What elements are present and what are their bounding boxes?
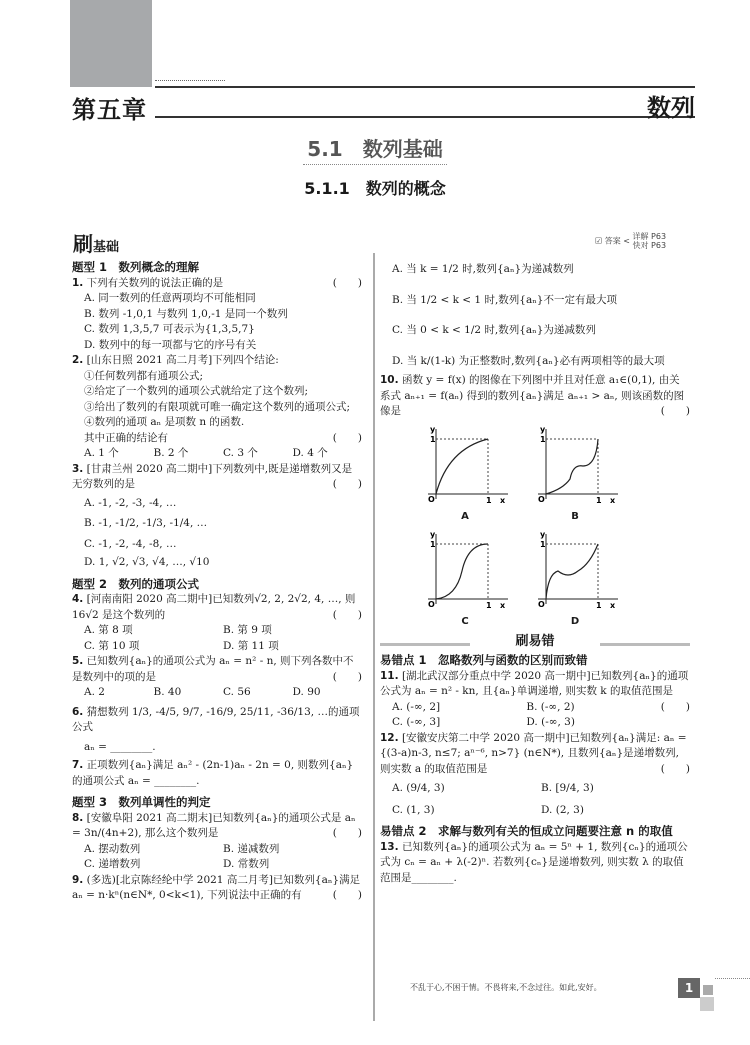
answer-quick: 快对 P63 xyxy=(633,241,667,250)
question-10: 10. 函数 y = f(x) 的图像在下列图中并且对任意 a₁∈(0,1), … xyxy=(380,373,690,630)
practice-small-text: 基础 xyxy=(93,240,119,255)
option: B. 2 个 xyxy=(154,446,224,462)
graph-d-plot: O11xy xyxy=(528,529,623,609)
question-number: 8. xyxy=(72,812,83,824)
svg-text:x: x xyxy=(500,496,506,504)
svg-text:y: y xyxy=(540,530,546,539)
svg-text:O: O xyxy=(538,600,545,609)
svg-text:y: y xyxy=(540,425,546,434)
option: D. 当 k/(1-k) 为正整数时,数列{aₙ}必有两项相等的最大项 xyxy=(380,354,690,370)
decorative-square xyxy=(703,985,713,995)
question-7: 7. 正项数列{aₙ}满足 aₙ² - (2n-1)aₙ - 2n = 0, 则… xyxy=(72,758,362,789)
question-number: 11. xyxy=(380,670,399,682)
option: B. 40 xyxy=(154,685,224,701)
question-stem: 下列有关数列的说法正确的是 xyxy=(87,277,224,289)
svg-text:1: 1 xyxy=(540,435,546,444)
svg-text:x: x xyxy=(610,496,616,504)
graph-a[interactable]: O11xy A xyxy=(410,424,520,525)
answer-blank[interactable]: ( ) xyxy=(333,826,362,842)
option: B. 递减数列 xyxy=(223,842,362,858)
svg-text:1: 1 xyxy=(596,601,602,609)
option: A. (-∞, 2] xyxy=(392,700,526,716)
option: C. 第 10 项 xyxy=(84,639,223,655)
question-3: 3. [甘肃兰州 2020 高二期中]下列数列中,既是递增数列又是无穷数列的是 … xyxy=(72,462,362,571)
subsection-title: 5.1.1 数列的概念 xyxy=(0,176,750,199)
practice-basic-label: 刷基础 xyxy=(73,228,119,257)
question-number: 12. xyxy=(380,732,399,744)
option: A. -1, -2, -3, -4, … xyxy=(72,496,362,512)
question-11: 11. [湖北武汉部分重点中学 2020 高一期中]已知数列{aₙ}的通项公式为… xyxy=(380,669,690,731)
question-stem: 已知数列{aₙ}的通项公式为 aₙ = 5ⁿ + 1, 数列{cₙ}的通项公式为… xyxy=(380,841,688,884)
option: B. 数列 -1,0,1 与数列 1,0,-1 是同一个数列 xyxy=(72,307,362,323)
svg-text:y: y xyxy=(430,530,436,539)
question-number: 2. xyxy=(72,354,83,366)
graph-c-plot: O11xy xyxy=(418,529,513,609)
option: B. (-∞, 2) xyxy=(526,700,660,716)
question-stem: 函数 y = f(x) 的图像在下列图中并且对任意 a₁∈(0,1), 由关系式… xyxy=(380,374,684,417)
svg-text:1: 1 xyxy=(486,496,492,504)
question-type-heading: 题型 1 数列概念的理解 xyxy=(72,260,362,276)
section-error-prone: 刷易错 xyxy=(380,634,690,650)
error-point-heading: 易错点 2 求解与数列有关的恒成立问题要注意 n 的取值 xyxy=(380,824,690,840)
question-stem: [甘肃兰州 2020 高二期中]下列数列中,既是递增数列又是无穷数列的是 xyxy=(72,463,352,491)
option: D. (-∞, 3) xyxy=(526,715,660,731)
question-5: 5. 已知数列{aₙ}的通项公式为 aₙ = n² - n, 则下列各数中不是数… xyxy=(72,654,362,701)
svg-text:x: x xyxy=(500,601,506,609)
decorative-square xyxy=(700,997,714,1011)
option: B. [9/4, 3) xyxy=(541,781,690,797)
graph-label: C xyxy=(410,614,520,630)
svg-text:1: 1 xyxy=(486,601,492,609)
header-rule-top xyxy=(155,86,695,88)
question-stem: [湖北武汉部分重点中学 2020 高一期中]已知数列{aₙ}的通项公式为 aₙ … xyxy=(380,670,688,698)
dotted-divider xyxy=(155,80,225,81)
svg-text:1: 1 xyxy=(540,540,546,549)
question-13: 13. 已知数列{aₙ}的通项公式为 aₙ = 5ⁿ + 1, 数列{cₙ}的通… xyxy=(380,840,690,887)
question-stem: (多选)[北京陈经纶中学 2021 高二月考]已知数列{aₙ}满足 aₙ = n… xyxy=(72,874,360,902)
option: C. 数列 1,3,5,7 可表示为{1,3,5,7} xyxy=(72,322,362,338)
option: B. -1, -1/2, -1/3, -1/4, … xyxy=(72,516,362,532)
chapter-topic: 数列 xyxy=(647,88,695,123)
question-number: 13. xyxy=(380,841,399,853)
fill-blank[interactable]: aₙ = ________. xyxy=(72,740,362,756)
question-number: 6. xyxy=(72,706,83,718)
option: D. 4 个 xyxy=(293,446,363,462)
option: D. 1, √2, √3, √4, …, √10 xyxy=(72,555,362,571)
graph-c[interactable]: O11xy C xyxy=(410,529,520,630)
question-stem: 正项数列{aₙ}满足 aₙ² - (2n-1)aₙ - 2n = 0, 则数列{… xyxy=(72,759,353,787)
graph-label: B xyxy=(520,509,630,525)
section-title: 5.1 数列基础 xyxy=(0,133,750,162)
option: B. 第 9 项 xyxy=(223,623,362,639)
option: C. (1, 3) xyxy=(392,803,541,819)
option: C. 56 xyxy=(223,685,293,701)
graph-b[interactable]: O11xy B xyxy=(520,424,630,525)
option: D. 数列中的每一项都与它的序号有关 xyxy=(72,338,362,354)
answer-blank[interactable]: ( ) xyxy=(661,700,690,716)
question-number: 9. xyxy=(72,874,83,886)
option: D. 90 xyxy=(293,685,363,701)
question-9: 9. (多选)[北京陈经纶中学 2021 高二月考]已知数列{aₙ}满足 aₙ … xyxy=(72,873,362,904)
graph-label: D xyxy=(520,614,630,630)
option: C. (-∞, 3] xyxy=(392,715,526,731)
question-6: 6. 猜想数列 1/3, -4/5, 9/7, -16/9, 25/11, -3… xyxy=(72,705,362,756)
question-1: 1. 下列有关数列的说法正确的是 ( ) A. 同一数列的任意两项均不可能相同 … xyxy=(72,276,362,354)
question-stem: [山东日照 2021 高二月考]下列四个结论: xyxy=(87,354,279,366)
answer-blank[interactable]: ( ) xyxy=(333,431,362,447)
svg-text:1: 1 xyxy=(430,540,436,549)
question-4: 4. [河南南阳 2020 高二期中]已知数列√2, 2, 2√2, 4, …,… xyxy=(72,592,362,654)
column-divider xyxy=(373,253,375,1021)
right-column: A. 当 k = 1/2 时,数列{aₙ}为递减数列 B. 当 1/2 < k … xyxy=(380,260,690,886)
answer-blank[interactable]: ( ) xyxy=(661,404,690,420)
chapter-title: 第五章 xyxy=(72,90,147,125)
option: B. 当 1/2 < k < 1 时,数列{aₙ}不一定有最大项 xyxy=(380,293,690,309)
svg-text:O: O xyxy=(428,495,435,504)
header-rule-bottom xyxy=(155,116,695,118)
question-stem: [安徽阜阳 2021 高二期末]已知数列{aₙ}的通项公式是 aₙ = 3n/(… xyxy=(72,812,356,840)
option: D. (2, 3) xyxy=(541,803,690,819)
option: A. 当 k = 1/2 时,数列{aₙ}为递减数列 xyxy=(380,262,690,278)
option: C. 递增数列 xyxy=(84,857,223,873)
question-number: 3. xyxy=(72,463,83,475)
question-stem: 猜想数列 1/3, -4/5, 9/7, -16/9, 25/11, -36/1… xyxy=(72,706,359,734)
question-8: 8. [安徽阜阳 2021 高二期末]已知数列{aₙ}的通项公式是 aₙ = 3… xyxy=(72,811,362,873)
question-type-heading: 题型 2 数列的通项公式 xyxy=(72,577,362,593)
statement: ①任何数列都有通项公式; xyxy=(72,369,362,385)
svg-text:O: O xyxy=(538,495,545,504)
page-number: 1 xyxy=(678,978,700,998)
answer-reference: ☑ 答案 < 详解 P63 快对 P63 xyxy=(595,232,666,250)
graph-label: A xyxy=(410,509,520,525)
option: D. 第 11 项 xyxy=(223,639,362,655)
svg-text:y: y xyxy=(430,425,436,434)
question-stem: [河南南阳 2020 高二期中]已知数列√2, 2, 2√2, 4, …, 则 … xyxy=(72,593,355,621)
question-number: 1. xyxy=(72,277,83,289)
svg-text:x: x xyxy=(610,601,616,609)
question-stem: [安徽安庆第二中学 2020 高一期中]已知数列{aₙ}满足: aₙ = {(3… xyxy=(380,732,687,775)
answer-blank[interactable]: ( ) xyxy=(333,477,362,493)
option: A. 摆动数列 xyxy=(84,842,223,858)
question-stem: 已知数列{aₙ}的通项公式为 aₙ = n² - n, 则下列各数中不是数列中的… xyxy=(72,655,354,683)
graph-d[interactable]: O11xy D xyxy=(520,529,630,630)
option: A. 同一数列的任意两项均不可能相同 xyxy=(72,291,362,307)
graph-a-plot: O11xy xyxy=(418,424,513,504)
answer-blank[interactable]: ( ) xyxy=(333,608,362,624)
question-number: 7. xyxy=(72,759,83,771)
section-title-text: 5.1 数列基础 xyxy=(303,137,446,165)
svg-text:O: O xyxy=(428,600,435,609)
question-12: 12. [安徽安庆第二中学 2020 高一期中]已知数列{aₙ}满足: aₙ =… xyxy=(380,731,690,819)
option: D. 常数列 xyxy=(223,857,362,873)
question-number: 10. xyxy=(380,374,399,386)
question-type-heading: 题型 3 数列单调性的判定 xyxy=(72,795,362,811)
decorative-gray-block xyxy=(70,0,152,87)
answer-blank[interactable]: ( ) xyxy=(333,670,362,686)
question-2: 2. [山东日照 2021 高二月考]下列四个结论: ①任何数列都有通项公式; … xyxy=(72,353,362,462)
option: A. 第 8 项 xyxy=(84,623,223,639)
answer-blank[interactable]: ( ) xyxy=(333,888,362,904)
statement: ②给定了一个数列的通项公式就给定了这个数列; xyxy=(72,384,362,400)
option: A. 1 个 xyxy=(84,446,154,462)
answer-label: 答案 xyxy=(605,237,621,246)
option: A. (9/4, 3) xyxy=(392,781,541,797)
answer-blank[interactable]: ( ) xyxy=(661,762,690,778)
graph-options: O11xy A O11xy B O11xy xyxy=(410,424,630,630)
question-ask: 其中正确的结论有 xyxy=(84,432,168,444)
dotted-divider xyxy=(715,978,750,979)
statement: ④数列的通项 aₙ 是项数 n 的函数. xyxy=(72,415,362,431)
svg-text:1: 1 xyxy=(430,435,436,444)
checkbox-icon: ☑ xyxy=(595,237,602,246)
graph-b-plot: O11xy xyxy=(528,424,623,504)
footer-motto: 不乱于心,不困于情。不畏将来,不念过往。如此,安好。 xyxy=(410,982,602,993)
answer-detail: 详解 P63 xyxy=(633,232,667,241)
practice-big-char: 刷 xyxy=(73,232,93,256)
error-point-heading: 易错点 1 忽略数列与函数的区别而致错 xyxy=(380,653,690,669)
option: C. 3 个 xyxy=(223,446,293,462)
svg-text:1: 1 xyxy=(596,496,602,504)
statement: ③给出了数列的有限项就可唯一确定这个数列的通项公式; xyxy=(72,400,362,416)
option: C. -1, -2, -4, -8, … xyxy=(72,537,362,553)
left-column: 题型 1 数列概念的理解 1. 下列有关数列的说法正确的是 ( ) A. 同一数… xyxy=(72,260,362,904)
option: C. 当 0 < k < 1/2 时,数列{aₙ}为递减数列 xyxy=(380,323,690,339)
option: A. 2 xyxy=(84,685,154,701)
answer-blank[interactable]: ( ) xyxy=(333,276,362,292)
question-number: 5. xyxy=(72,655,83,667)
question-number: 4. xyxy=(72,593,83,605)
